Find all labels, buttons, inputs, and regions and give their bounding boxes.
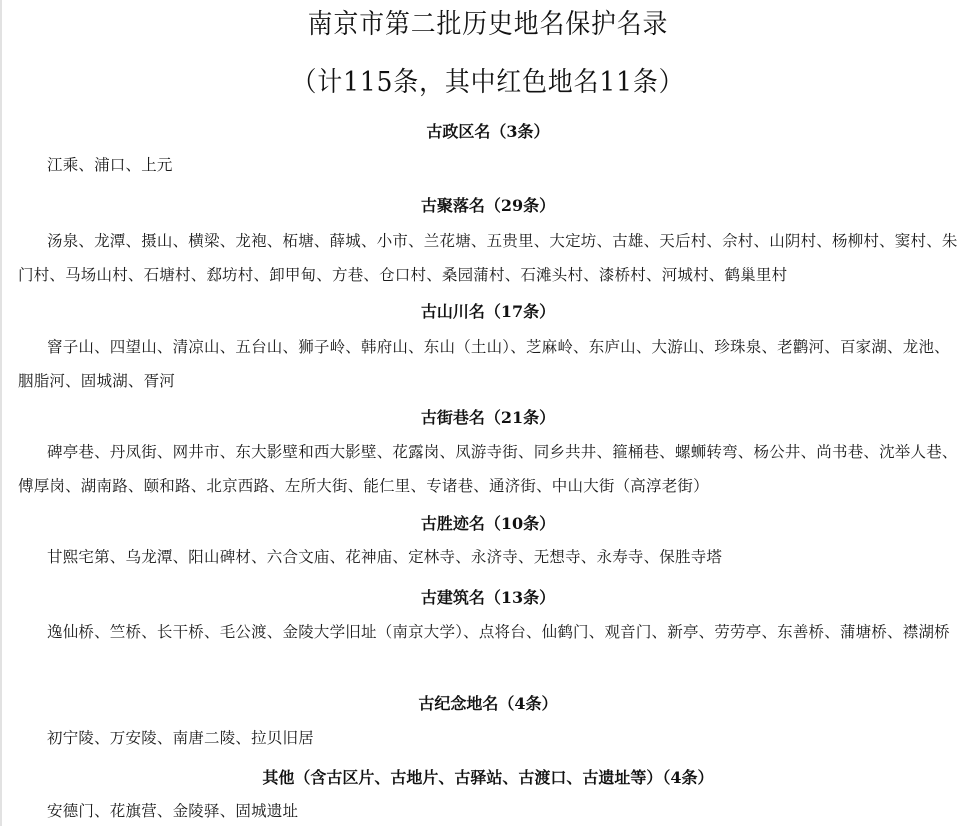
section-heading-historic-sites: 古胜迹名（10条） bbox=[0, 511, 976, 534]
section-heading-others: 其他（含古区片、古地片、古驿站、古渡口、古遗址等）（4条） bbox=[0, 765, 976, 788]
section-heading-admin: 古政区名（3条） bbox=[0, 119, 976, 142]
section-heading-settlements: 古聚落名（29条） bbox=[0, 193, 976, 216]
section-content-settlements: 汤泉、龙潭、摄山、横梁、龙袍、柘塘、薛城、小市、兰花塘、五贵里、大定坊、古雄、天… bbox=[18, 224, 964, 292]
section-heading-memorials: 古纪念地名（4条） bbox=[0, 691, 976, 714]
section-heading-architecture: 古建筑名（13条） bbox=[0, 585, 976, 608]
section-content-memorials: 初宁陵、万安陵、南唐二陵、拉贝旧居 bbox=[47, 721, 976, 755]
section-content-historic-sites: 甘熙宅第、乌龙潭、阳山碑材、六合文庙、花神庙、定林寺、永济寺、无想寺、永寿寺、保… bbox=[47, 540, 976, 574]
section-content-streets: 碑亭巷、丹凤街、网井市、东大影壁和西大影壁、花露岗、凤游寺街、同乡共井、箍桶巷、… bbox=[18, 435, 964, 503]
document-title: 南京市第二批历史地名保护名录 bbox=[39, 2, 937, 41]
section-content-mountains-rivers: 窨子山、四望山、清凉山、五台山、狮子岭、韩府山、东山（土山）、芝麻岭、东庐山、大… bbox=[18, 330, 964, 398]
document-subtitle: （计115条，其中红色地名11条） bbox=[39, 60, 937, 99]
section-heading-mountains-rivers: 古山川名（17条） bbox=[0, 299, 976, 322]
section-content-others: 安德门、花旗营、金陵驿、固城遗址 bbox=[47, 794, 976, 826]
section-content-architecture: 逸仙桥、竺桥、长干桥、毛公渡、金陵大学旧址（南京大学）、点将台、仙鹤门、观音门、… bbox=[18, 615, 964, 649]
section-content-admin: 江乘、浦口、上元 bbox=[47, 148, 976, 182]
section-heading-streets: 古街巷名（21条） bbox=[0, 405, 976, 428]
